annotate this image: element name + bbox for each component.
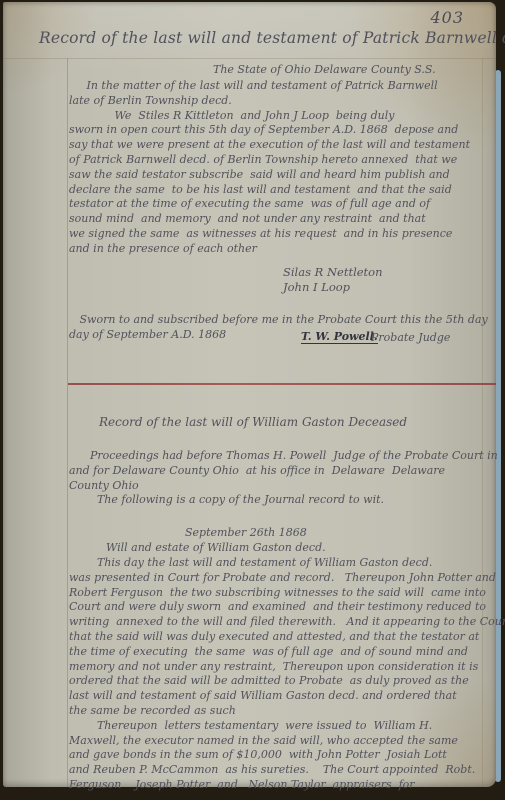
record1-title: Record of the last will and testament of…: [39, 29, 494, 47]
text-line: was presented in Court for Probate and r…: [69, 571, 505, 586]
record2-body-text: This day the last will and testament of …: [69, 556, 505, 793]
text-line: Proceedings had before Thomas H. Powell …: [69, 449, 498, 464]
text-line: Robert Ferguson the two subscribing witn…: [69, 586, 505, 601]
text-line: memory and not under any restraint, Ther…: [69, 660, 505, 675]
page-number: 403: [430, 8, 464, 27]
record1-body-text: In the matter of the last will and testa…: [69, 79, 470, 257]
text-line: Thereupon letters testamentary were issu…: [69, 719, 505, 734]
record-separator-rule: [68, 383, 496, 385]
attestation-date-row: day of September A.D. 1868 T. W. Powell.…: [69, 328, 488, 344]
witness-signatures: Silas R NettletonJohn I Loop: [283, 265, 383, 295]
text-line: In the matter of the last will and testa…: [69, 79, 470, 94]
text-line: last will and testament of said William …: [69, 689, 505, 704]
text-line: declare the same to be his last will and…: [69, 183, 470, 198]
text-line: ordered that the said will be admitted t…: [69, 674, 505, 689]
attestation-line: Sworn to and subscribed before me in the…: [69, 313, 488, 328]
text-line: that the said will was duly executed and…: [69, 630, 505, 645]
text-line: and in the presence of each other: [69, 242, 470, 257]
text-line: and gave bonds in the sum of $10,000 wit…: [69, 748, 505, 763]
text-line: and Reuben P. McCammon as his sureties. …: [69, 763, 505, 778]
text-line: Court and were duly sworn and examined a…: [69, 600, 505, 615]
record2-date-heading: September 26th 1868: [185, 526, 307, 539]
record2-case-heading: Will and estate of William Gaston decd.: [106, 541, 326, 554]
attestation-block: Sworn to and subscribed before me in the…: [69, 313, 488, 344]
text-line: sworn in open court this 5th day of Sept…: [69, 123, 470, 138]
text-line: we signed the same as witnesses at his r…: [69, 227, 470, 242]
record2-title: Record of the last will of William Gasto…: [99, 415, 407, 429]
text-line: This day the last will and testament of …: [69, 556, 505, 571]
attestation-date: day of September A.D. 1868: [69, 328, 226, 341]
text-line: Maxwell, the executor named in the said …: [69, 734, 505, 749]
text-line: late of Berlin Township decd.: [69, 94, 470, 109]
record1-venue-heading: The State of Ohio Delaware County S.S.: [213, 63, 436, 76]
judge-signature: T. W. Powell.: [301, 330, 378, 344]
text-line: saw the said testator subscribe said wil…: [69, 168, 470, 183]
text-line: say that we were present at the executio…: [69, 138, 470, 153]
text-line: Silas R Nettleton: [283, 265, 383, 280]
text-line: sound mind and memory and not under any …: [69, 212, 470, 227]
text-line: testator at the time of executing the sa…: [69, 197, 470, 212]
scanned-ledger-photo: { "colors": { "paper": "#c2c0b3", "ink":…: [0, 0, 505, 800]
text-line: the time of executing the same was of fu…: [69, 645, 505, 660]
text-line: County Ohio: [69, 479, 498, 494]
text-line: Ferguson Joseph Potter and Nelson Taylor…: [69, 778, 505, 793]
text-line: of Patrick Barnwell decd. of Berlin Town…: [69, 153, 470, 168]
text-line: writing annexed to the will and filed th…: [69, 615, 505, 630]
top-crease-line: [3, 58, 496, 59]
text-line: and for Delaware County Ohio at his offi…: [69, 464, 498, 479]
ledger-page: 403 Record of the last will and testamen…: [3, 2, 496, 787]
text-line: We Stiles R Kittleton and John J Loop be…: [69, 109, 470, 124]
record2-intro-text: Proceedings had before Thomas H. Powell …: [69, 449, 498, 508]
text-line: the same be recorded as such: [69, 704, 505, 719]
text-line: John I Loop: [283, 280, 383, 295]
left-margin-rule: [67, 58, 68, 787]
text-line: The following is a copy of the Journal r…: [69, 493, 498, 508]
judge-title: Probate Judge: [371, 331, 450, 344]
